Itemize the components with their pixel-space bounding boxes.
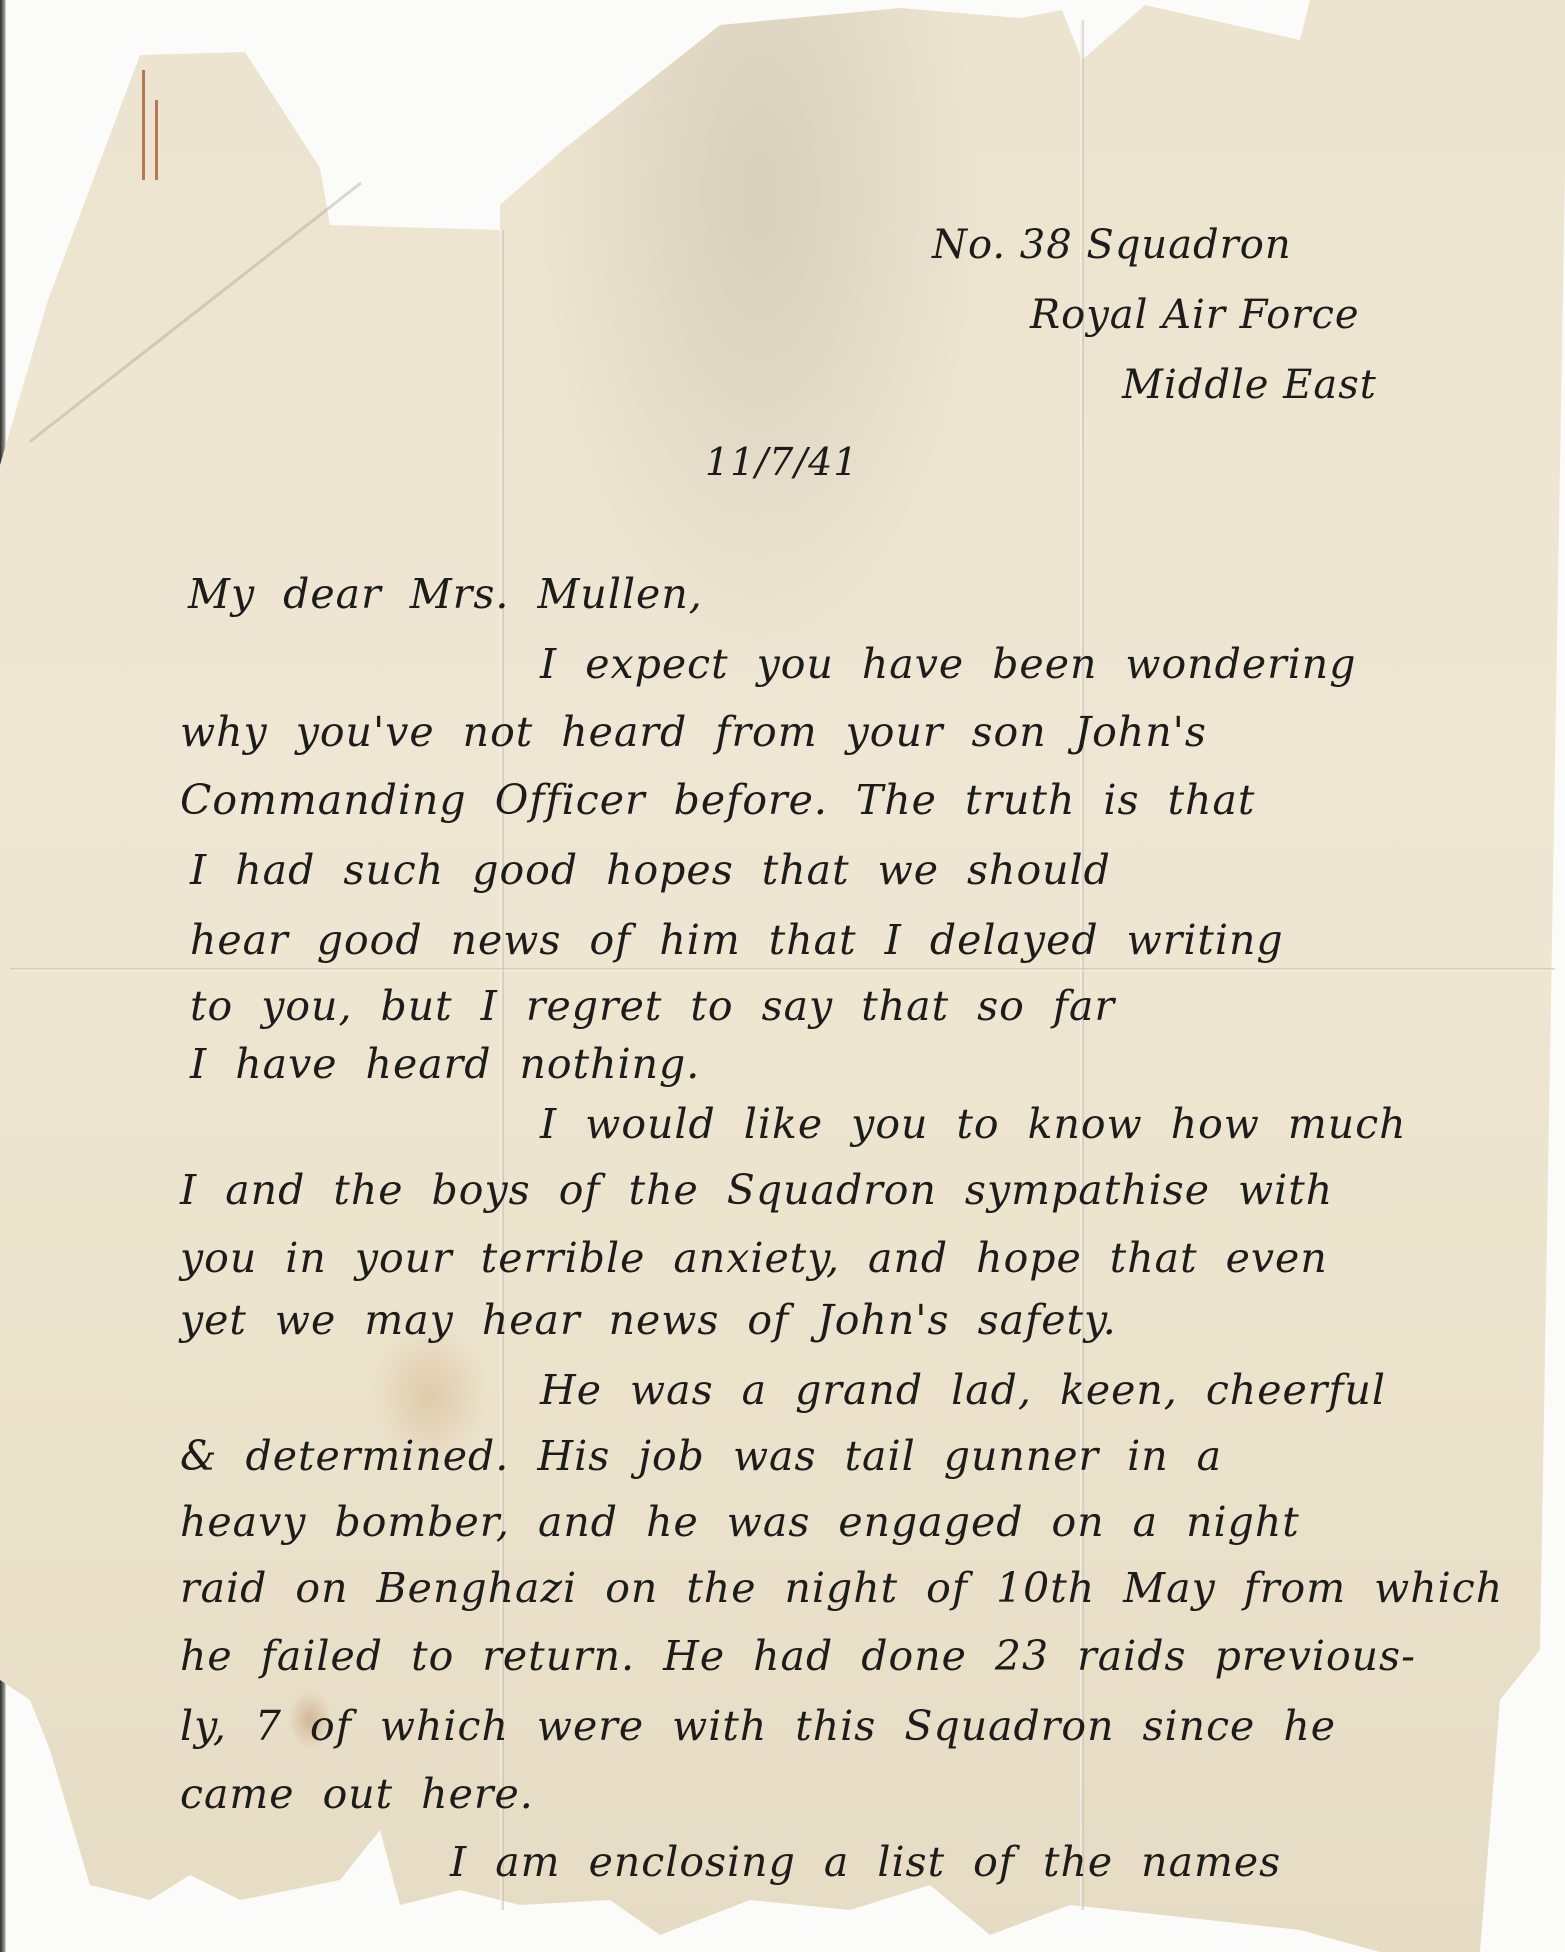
letter-date: 11/7/41 xyxy=(705,440,859,484)
address-line-region: Middle East xyxy=(1122,362,1377,408)
body-line: I would like you to know how much xyxy=(540,1100,1407,1148)
rust-mark xyxy=(142,70,145,180)
body-line: to you, but I regret to say that so far xyxy=(190,982,1115,1030)
body-line: He was a grand lad, keen, cheerful xyxy=(540,1366,1386,1414)
body-line: you in your terrible anxiety, and hope t… xyxy=(180,1234,1328,1282)
body-line: why you've not heard from your son John'… xyxy=(180,708,1207,756)
address-line-raf: Royal Air Force xyxy=(1030,292,1360,338)
body-line: he failed to return. He had done 23 raid… xyxy=(180,1632,1416,1680)
body-line: I and the boys of the Squadron sympathis… xyxy=(180,1166,1333,1214)
fold-crease-horizontal xyxy=(10,968,1555,971)
body-line: Commanding Officer before. The truth is … xyxy=(180,776,1255,824)
body-line: I expect you have been wondering xyxy=(540,640,1356,688)
body-line: & determined. His job was tail gunner in… xyxy=(180,1432,1222,1480)
body-line: I had such good hopes that we should xyxy=(190,846,1111,894)
body-line: I have heard nothing. xyxy=(190,1040,700,1088)
body-line: hear good news of him that I delayed wri… xyxy=(190,916,1284,964)
body-line: I am enclosing a list of the names xyxy=(450,1838,1281,1886)
rust-mark xyxy=(155,100,158,180)
body-line: raid on Benghazi on the night of 10th Ma… xyxy=(180,1564,1503,1612)
address-line-squadron: No. 38 Squadron xyxy=(932,222,1292,268)
body-line: yet we may hear news of John's safety. xyxy=(180,1296,1117,1344)
body-line: came out here. xyxy=(180,1770,534,1818)
body-line: heavy bomber, and he was engaged on a ni… xyxy=(180,1498,1300,1546)
salutation: My dear Mrs. Mullen, xyxy=(188,570,703,618)
body-line: ly, 7 of which were with this Squadron s… xyxy=(180,1702,1336,1750)
